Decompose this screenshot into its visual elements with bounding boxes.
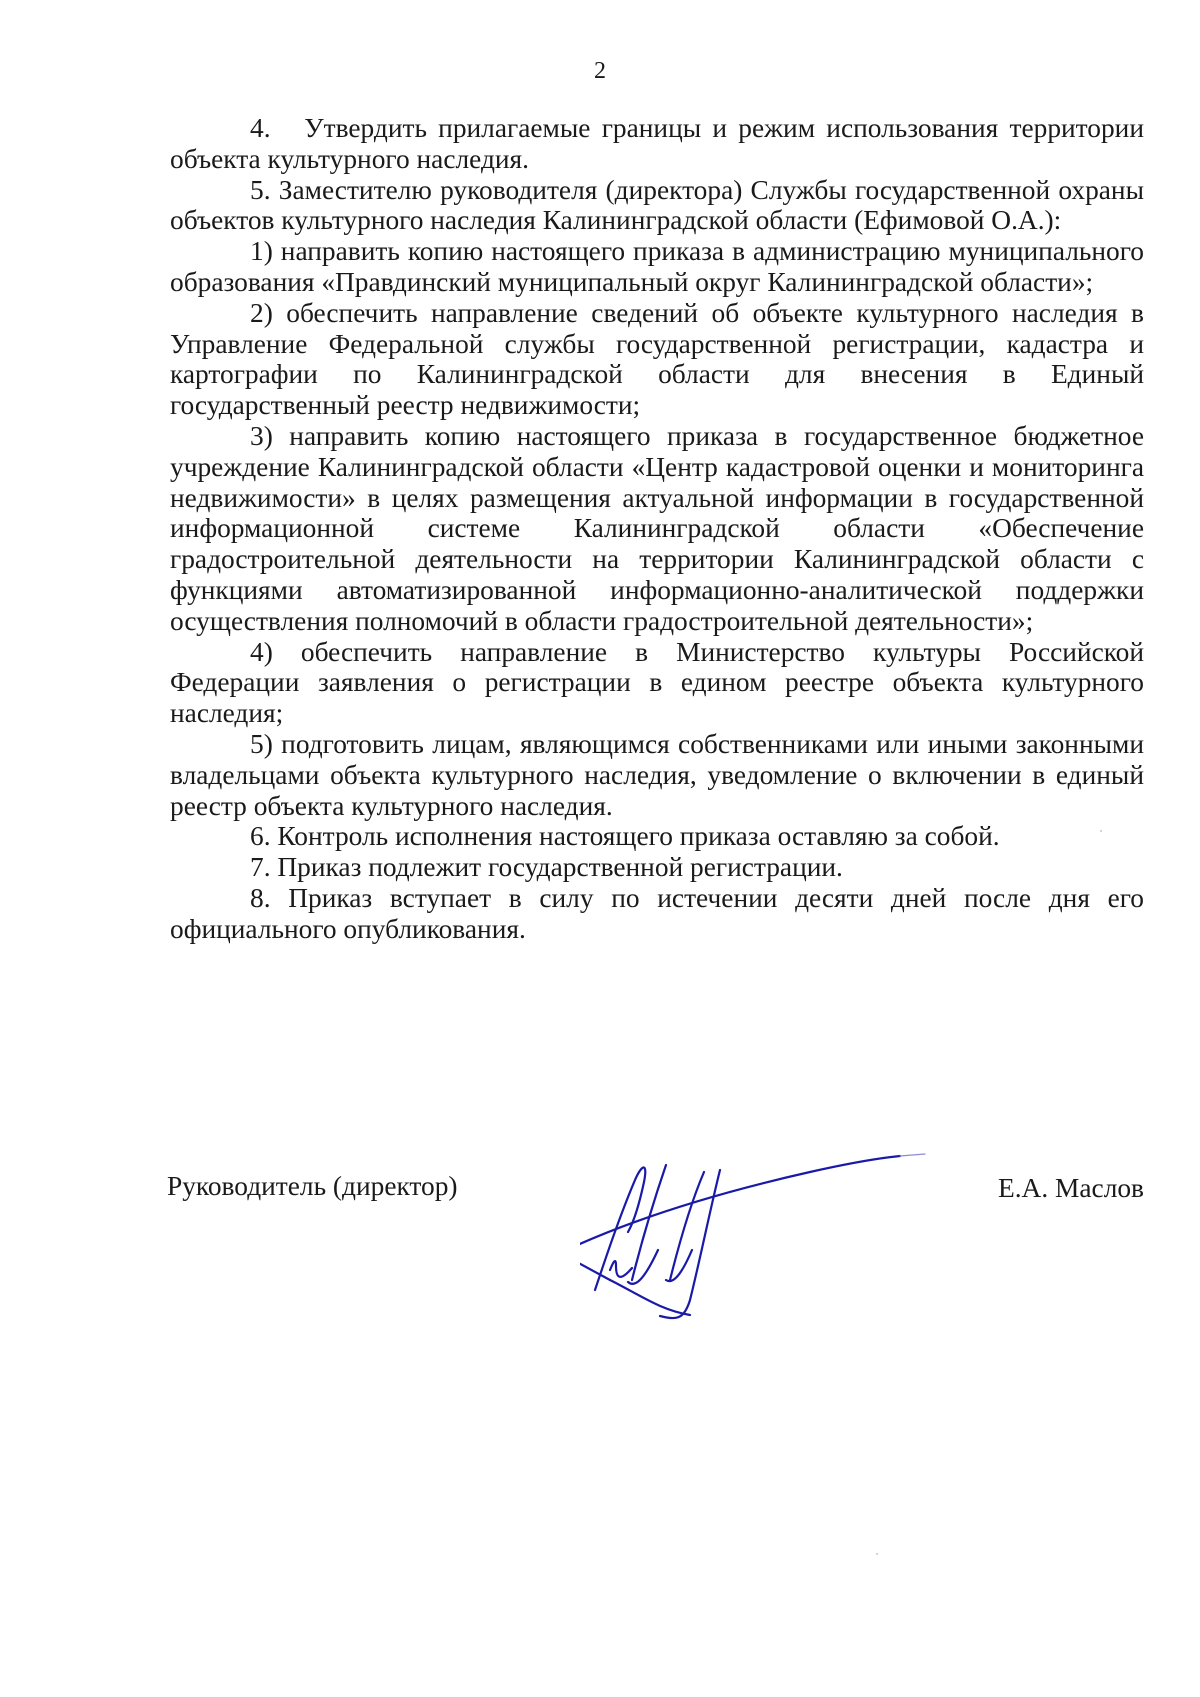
paragraph-7-registration: 7. Приказ подлежит государственной регис…: [170, 852, 1144, 883]
subparagraph-5-4-ministry-culture: 4) обеспечить направление в Министерство…: [170, 637, 1144, 729]
subparagraph-5-2-rosreestr: 2) обеспечить направление сведений об об…: [170, 298, 1144, 421]
scan-speck: [1100, 830, 1102, 832]
signatory-title: Руководитель (директор): [167, 1170, 458, 1202]
paragraph-4-approve-boundaries: 4. Утвердить прилагаемые границы и режим…: [170, 113, 1144, 175]
subparagraph-5-3-cadastral-center: 3) направить копию настоящего приказа в …: [170, 421, 1144, 637]
paragraph-5-deputy-instructions: 5. Заместителю руководителя (директора) …: [170, 175, 1144, 237]
order-body: 4. Утвердить прилагаемые границы и режим…: [170, 113, 1144, 945]
paragraph-6-control: 6. Контроль исполнения настоящего приказ…: [170, 821, 1144, 852]
signatory-name: Е.А. Маслов: [998, 1172, 1144, 1204]
subparagraph-5-1-send-copy-municipality: 1) направить копию настоящего приказа в …: [170, 236, 1144, 298]
scan-speck: [876, 1553, 878, 1555]
handwritten-signature-icon: [580, 1120, 980, 1320]
subparagraph-5-5-owner-notification: 5) подготовить лицам, являющимся собстве…: [170, 729, 1144, 821]
page-number: 2: [0, 56, 1200, 86]
paragraph-8-effective-date: 8. Приказ вступает в силу по истечении д…: [170, 883, 1144, 945]
